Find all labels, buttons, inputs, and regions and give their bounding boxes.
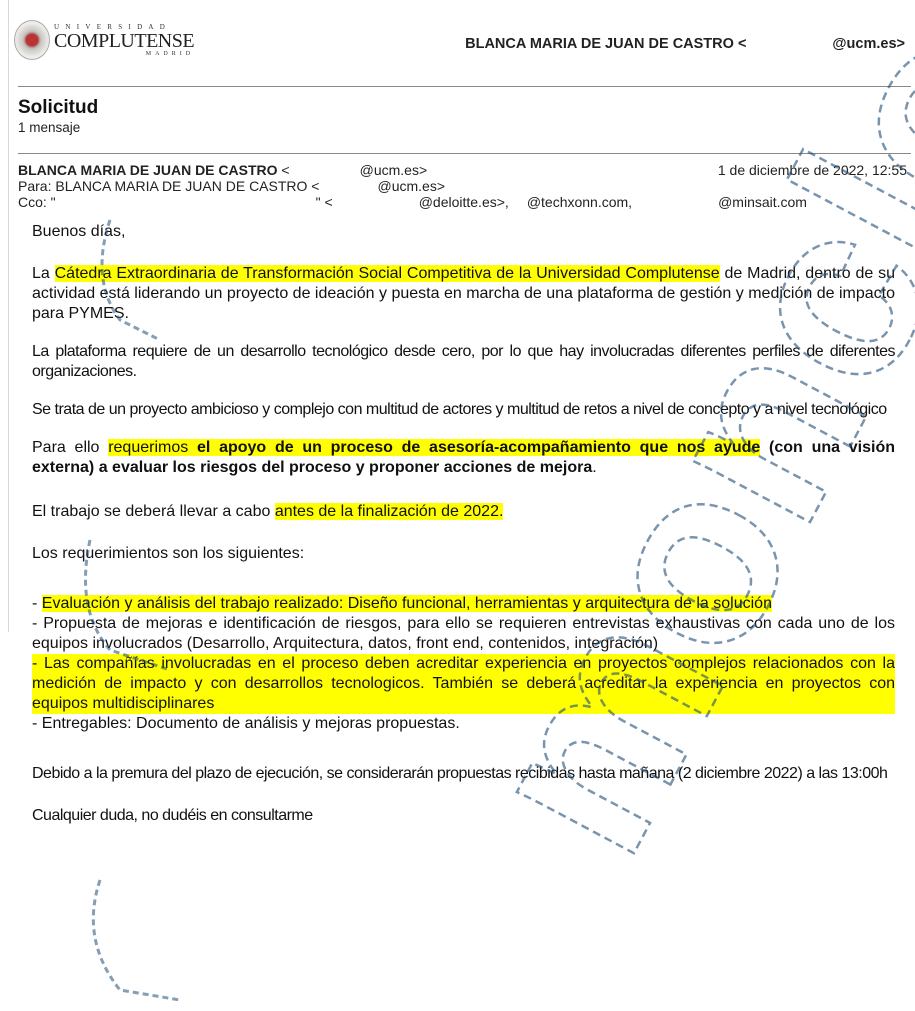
cco-email-3: @minsait.com: [718, 194, 807, 210]
thread-subject: Solicitud: [18, 97, 911, 119]
paragraph-8: Cualquier duda, no dudéis en consultarme: [32, 806, 895, 826]
paragraph-5: El trabajo se deberá llevar a cabo antes…: [32, 502, 895, 522]
paragraph-3: Se trata de un proyecto ambicioso y comp…: [32, 400, 895, 420]
paragraph-2: La plataforma requiere de un desarrollo …: [32, 342, 895, 382]
cco-line: Cco: "" <@deloitte.es>,@techxonn.com,@mi…: [18, 194, 911, 210]
university-logo: UNIVERSIDAD COMPLUTENSE MADRID: [14, 20, 194, 60]
logo-bottom-text: MADRID: [54, 51, 194, 57]
highlight: antes de la finalización de 2022.: [275, 503, 504, 520]
logo-main-text: COMPLUTENSE: [54, 31, 194, 51]
thread-header: Solicitud 1 mensaje: [18, 87, 911, 153]
print-header: UNIVERSIDAD COMPLUTENSE MADRID BLANCA MA…: [18, 0, 911, 86]
sender-email: @ucm.es>: [360, 162, 428, 178]
paragraph-4: Para ello requerimos el apoyo de un proc…: [32, 438, 895, 478]
account-name: BLANCA MARIA DE JUAN DE CASTRO <@ucm.es>: [465, 36, 905, 52]
message-date: 1 de diciembre de 2022, 12:55: [718, 162, 907, 178]
requirement-item: - Las compañías involucradas en el proce…: [32, 654, 895, 714]
sender-name: BLANCA MARIA DE JUAN DE CASTRO: [18, 162, 278, 178]
university-crest-icon: [14, 20, 50, 60]
message-body: Buenos días, La Cátedra Extraordinaria d…: [18, 222, 895, 826]
to-line: Para: BLANCA MARIA DE JUAN DE CASTRO <@u…: [18, 178, 911, 194]
paragraph-6: Los requerimientos son los siguientes:: [32, 544, 895, 564]
requirement-item: - Evaluación y análisis del trabajo real…: [32, 594, 895, 614]
to-email: @ucm.es>: [377, 178, 445, 194]
cco-email-1: @deloitte.es>,: [419, 194, 509, 210]
greeting: Buenos días,: [32, 222, 895, 242]
message-header: BLANCA MARIA DE JUAN DE CASTRO <@ucm.es>…: [18, 154, 911, 222]
cco-email-2: @techxonn.com,: [527, 194, 632, 210]
highlight: Cátedra Extraordinaria de Transformación…: [55, 265, 720, 282]
highlight: el apoyo de un proceso de asesoría-acomp…: [197, 439, 760, 456]
requirement-item: - Propuesta de mejoras e identificación …: [32, 614, 895, 654]
requirements-list: - Evaluación y análisis del trabajo real…: [32, 594, 895, 734]
paragraph-7: Debido a la premura del plazo de ejecuci…: [32, 764, 895, 784]
left-border: [8, 0, 9, 632]
requirement-item: - Entregables: Documento de análisis y m…: [32, 714, 895, 734]
paragraph-1: La Cátedra Extraordinaria de Transformac…: [32, 264, 895, 324]
message-count: 1 mensaje: [18, 120, 911, 135]
email-print-page: UNIVERSIDAD COMPLUTENSE MADRID BLANCA MA…: [18, 0, 911, 826]
